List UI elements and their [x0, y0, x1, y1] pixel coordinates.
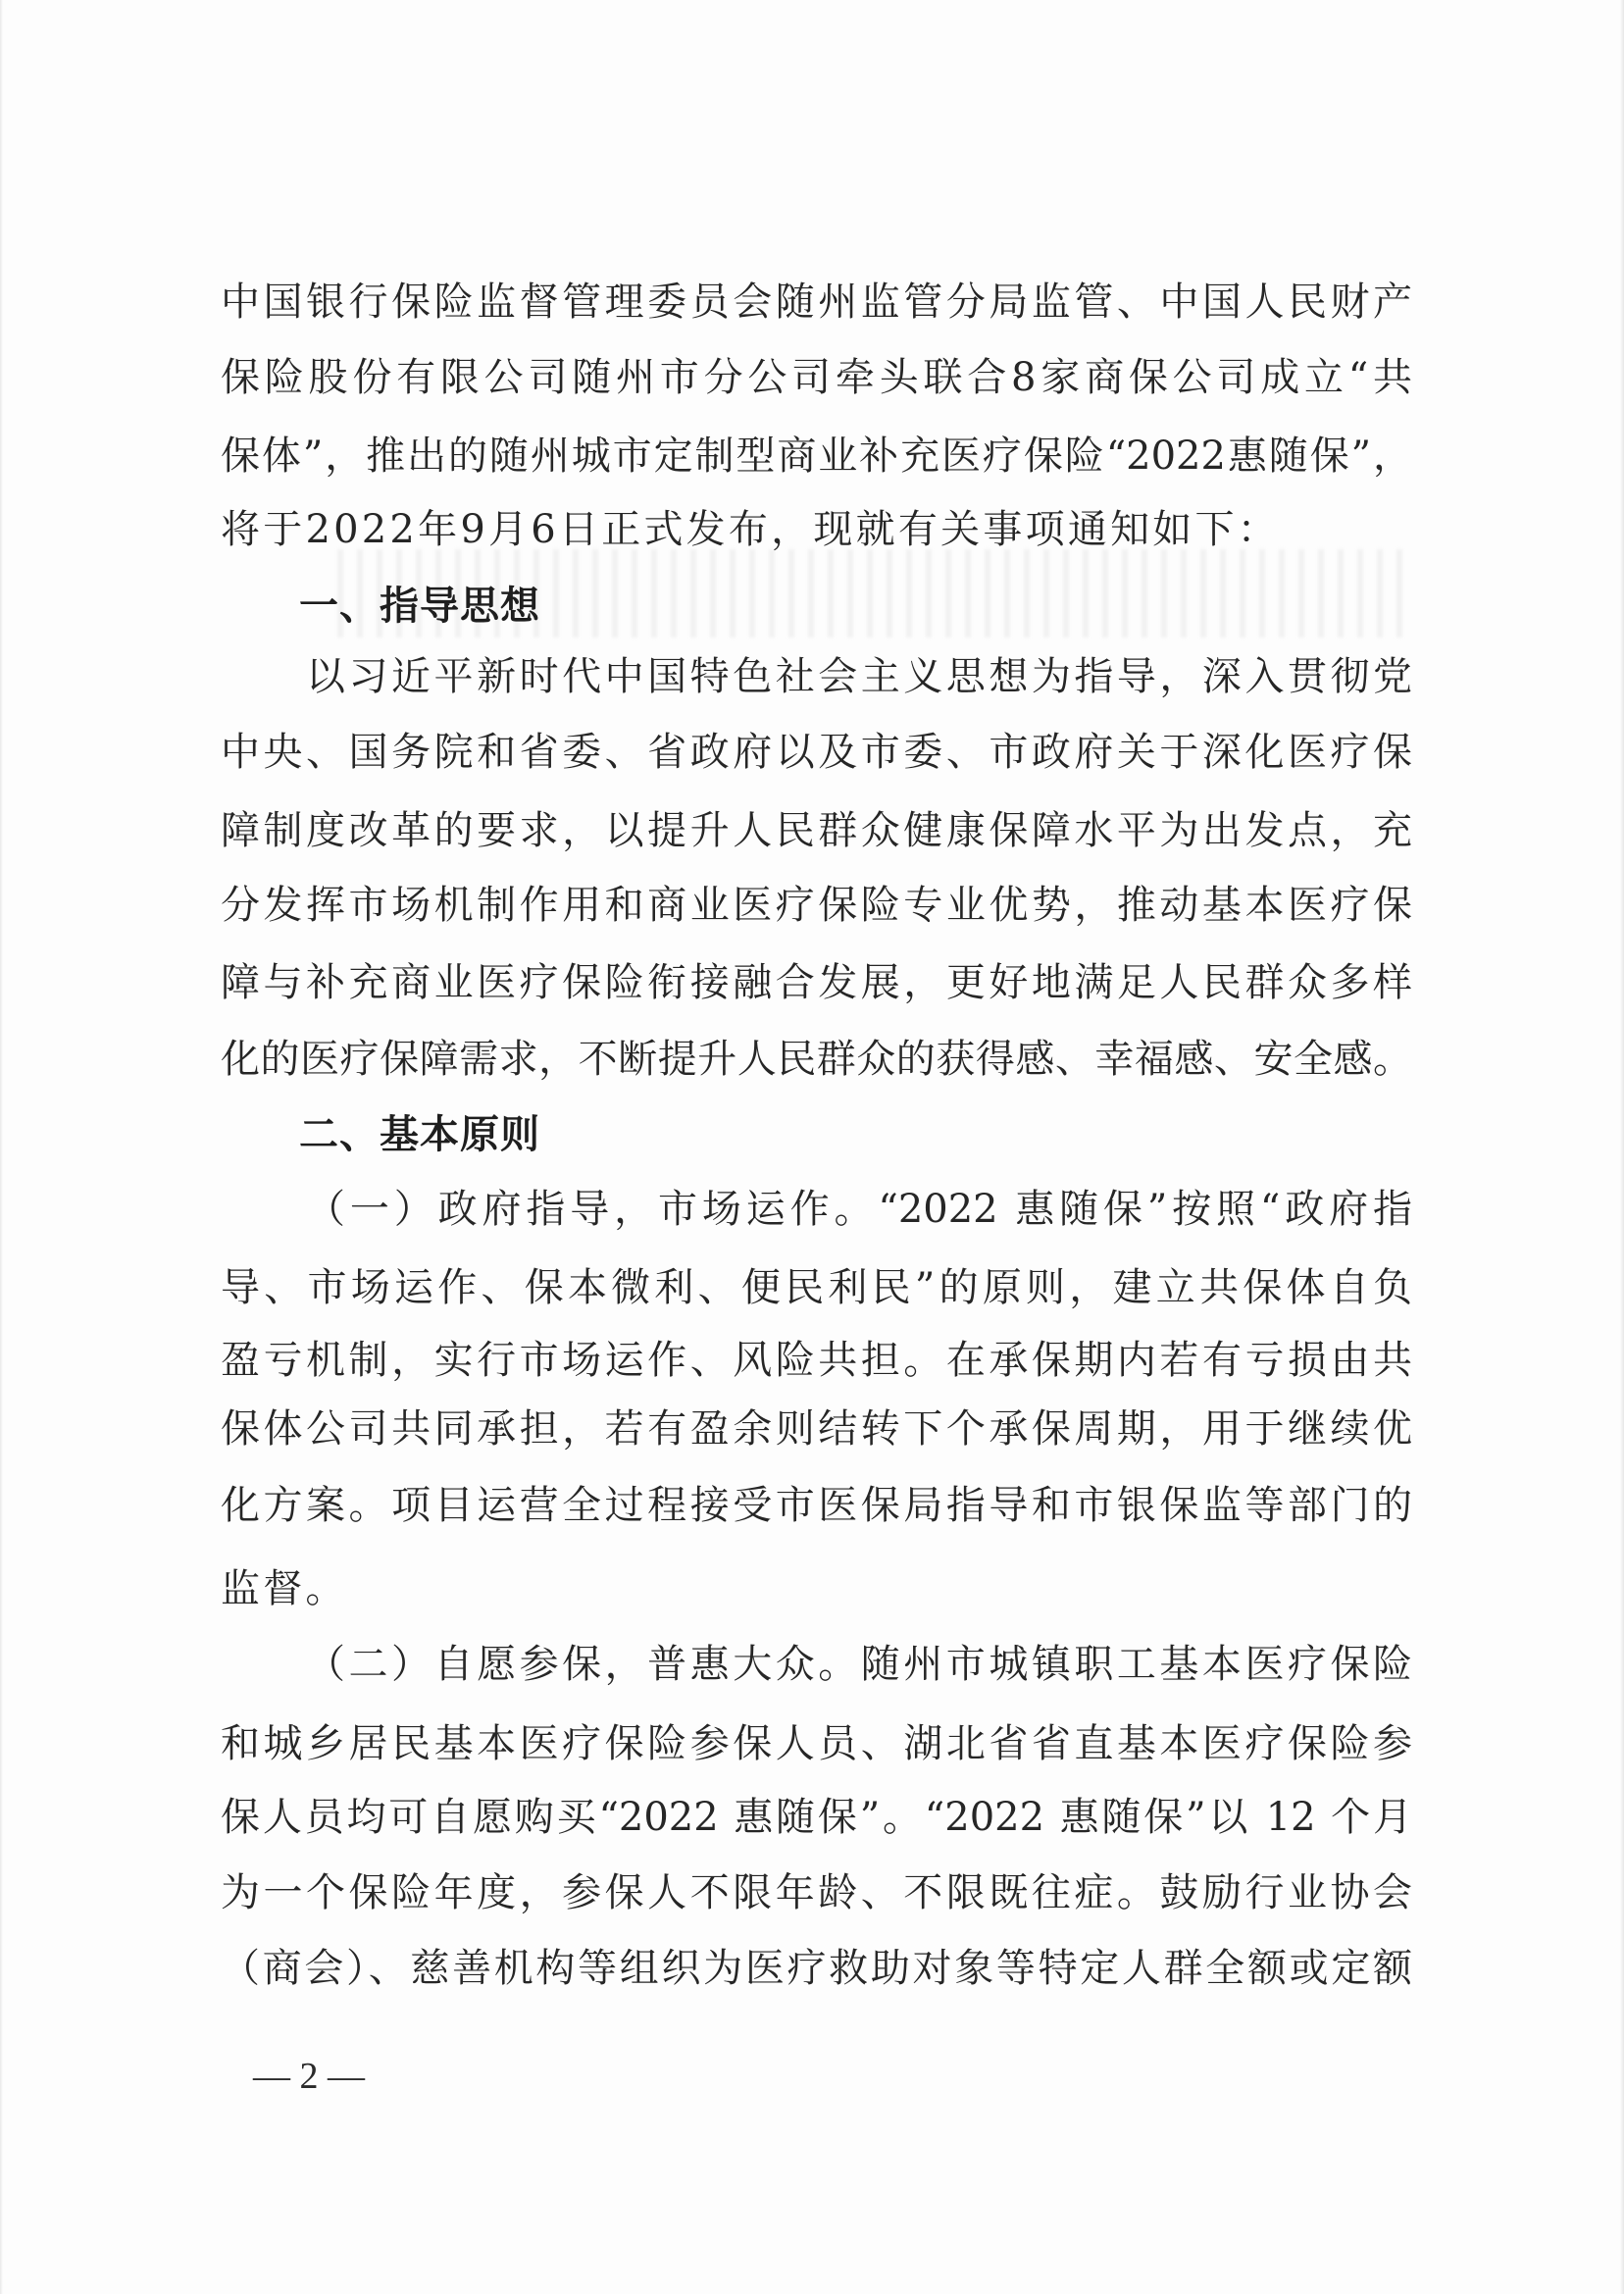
body-line: 化方案。项目运营全过程接受市医保局指导和市银保监等部门的 — [221, 1468, 1412, 1543]
body-line: 障制度改革的要求，以提升人民群众健康保障水平为出发点，充 — [221, 793, 1412, 868]
body-line: 障与补充商业医疗保险衔接融合发展，更好地满足人民群众多样 — [221, 945, 1412, 1020]
body-line: 和城乡居民基本医疗保险参保人员、湖北省省直基本医疗保险参 — [221, 1707, 1412, 1781]
body-line: 中国银行保险监督管理委员会随州监管分局监管、中国人民财产 — [221, 265, 1412, 339]
paragraph-first-line: 以习近平新时代中国特色社会主义思想为指导，深入贯彻党 — [306, 639, 1412, 714]
body-line: 为一个保险年度，参保人不限年龄、不限既往症。鼓励行业协会 — [221, 1856, 1412, 1930]
document-page: 中国银行保险监督管理委员会随州监管分局监管、中国人民财产 保险股份有限公司随州市… — [0, 0, 1624, 2294]
section-heading-basic-principles: 二、基本原则 — [299, 1097, 540, 1172]
page-number: — 2 — — [250, 2054, 368, 2099]
body-line: 保体公司共同承担，若有盈余则结转下个承保周期，用于继续优 — [221, 1392, 1412, 1466]
body-line: 保人员均可自愿购买“2022 惠随保”。“2022 惠随保”以 12 个月 — [221, 1780, 1412, 1855]
body-line: 分发挥市场机制作用和商业医疗保险专业优势，推动基本医疗保 — [221, 868, 1412, 943]
body-line: 保体”，推出的随州城市定制型商业补充医疗保险“2022惠随保”， — [221, 419, 1412, 493]
body-line: 中央、国务院和省委、省政府以及市委、市政府关于深化医疗保 — [221, 715, 1412, 790]
scan-edge-right — [1620, 0, 1624, 2294]
scan-edge-left — [0, 0, 3, 2294]
body-line: 导、市场运作、保本微利、便民利民”的原则，建立共保体自负 — [221, 1250, 1412, 1325]
body-line: 监督。 — [221, 1552, 1412, 1626]
body-line: 保险股份有限公司随州市分公司牵头联合8家商保公司成立“共 — [221, 340, 1412, 415]
section-heading-guiding-ideology: 一、指导思想 — [299, 569, 540, 643]
body-line: 将于2022年9月6日正式发布，现就有关事项通知如下： — [221, 492, 1280, 567]
paragraph-first-line: （一）政府指导，市场运作。“2022 惠随保”按照“政府指 — [306, 1172, 1412, 1247]
body-line: 盈亏机制，实行市场运作、风险共担。在承保期内若有亏损由共 — [221, 1323, 1412, 1398]
paragraph-first-line: （二）自愿参保，普惠大众。随州市城镇职工基本医疗保险 — [306, 1627, 1412, 1702]
body-line: （商会）、慈善机构等组织为医疗救助对象等特定人群全额或定额 — [221, 1931, 1412, 2006]
body-line: 化的医疗保障需求，不断提升人民群众的获得感、幸福感、安全感。 — [221, 1022, 1412, 1096]
